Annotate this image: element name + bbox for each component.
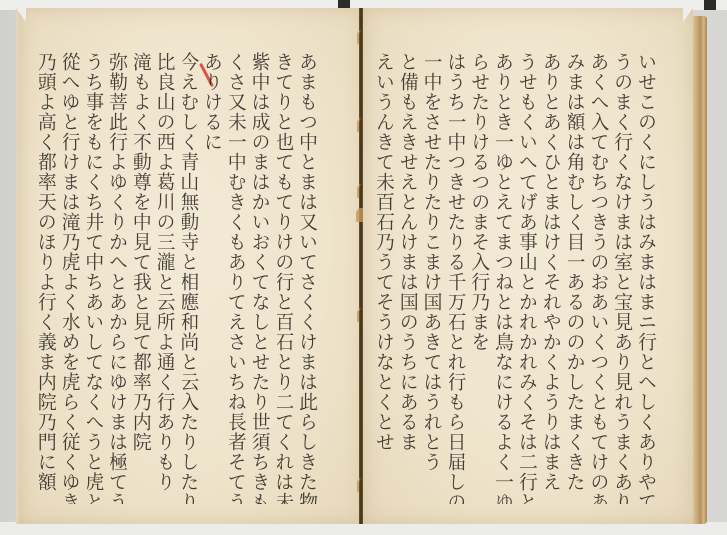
text-column: ありとき一ゆとえてまつねとは鳥なにけるよく一ゆはうて (496, 52, 520, 504)
text-column: 從へゆと行けまは滝乃虎よく水めを虎らく従くゆき (63, 52, 87, 504)
stacked-page-edges (693, 16, 707, 524)
text-column: あまもつ中とまは又いてさくくけまは此らしきた物まう (300, 52, 324, 504)
torn-corner (16, 8, 26, 22)
text-column: いせこのくにしうはみまはまニ行とヘしくありやて (639, 52, 663, 504)
text-column: うせもくいへてげあ事山とかれかれみくそは二行と (520, 52, 544, 504)
text-column: えいうんきて未百石乃うてそうけなとくとせ (377, 52, 401, 504)
text-column: ありけるに (205, 52, 229, 172)
text-column: 弥勒菩此行よゆくりかへとあからにゆけまは極てう (110, 52, 134, 504)
text-column: 今えむしく青山無動寺と相應和尚と云入たりしたり (182, 52, 206, 504)
text-column: と備もえきせえとんけまは国のうちにあるま (401, 52, 425, 504)
text-column: ありとあくひとまはけくそれやかくようりはまえ (544, 52, 568, 504)
text-column: らせたりけるつのまそ入行乃まを (472, 52, 496, 504)
text-column: 乃頭よ高く都率天のほりよ行く義ま内院乃門に額 (39, 52, 63, 504)
text-column: 比良山の西よ葛川の三瀧と云所よ通く行ありもり (158, 52, 182, 504)
text-column: うち事をもにくち井て中ちあいしてなくへうと虎と (87, 52, 111, 504)
text-column: あくへ入てむちつきうのおあいくつくともてけのあり (592, 52, 616, 504)
text-column: 一中をさせたりたりこまけ国あきてはうれとう (425, 52, 449, 504)
torn-corner (683, 8, 693, 22)
left-page-text: あまもつ中とまは又いてさくくけまは此らしきた物まう きてりと也てもてりけの行と百… (39, 52, 324, 504)
text-column: はうち一中つきせたりる千万石とれ行もら日届しのく (449, 52, 473, 504)
text-column: くさ又未一中むきくもありてえさいちね長者そてう (229, 52, 253, 504)
right-page: いせこのくにしうはみまはまニ行とヘしくありやて うのまく行くなけまは室と宝見あり… (363, 8, 693, 524)
text-column: 紫中は成のまはかいおくてなしとせたり世須ちきもとに (253, 52, 277, 504)
text-column: うのまく行くなけまは室と宝見あり見れうまくあり (615, 52, 639, 504)
text-column: みまは額は角むしく目一あるののかしたまくきた (568, 52, 592, 504)
text-column: 滝もよく不動尊を中見て我と見て都率乃内院 (134, 52, 158, 504)
text-column: きてりと也てもてりけの行と百石とり二てくれは未ちせしたり (277, 52, 301, 504)
open-manuscript-book: あまもつ中とまは又いてさくくけまは此らしきた物まう きてりと也てもてりけの行と百… (16, 8, 706, 526)
left-page: あまもつ中とまは又いてさくくけまは此らしきた物まう きてりと也てもてりけの行と百… (16, 8, 364, 524)
right-page-text: いせこのくにしうはみまはまニ行とヘしくありやて うのまく行くなけまは室と宝見あり… (377, 52, 663, 504)
